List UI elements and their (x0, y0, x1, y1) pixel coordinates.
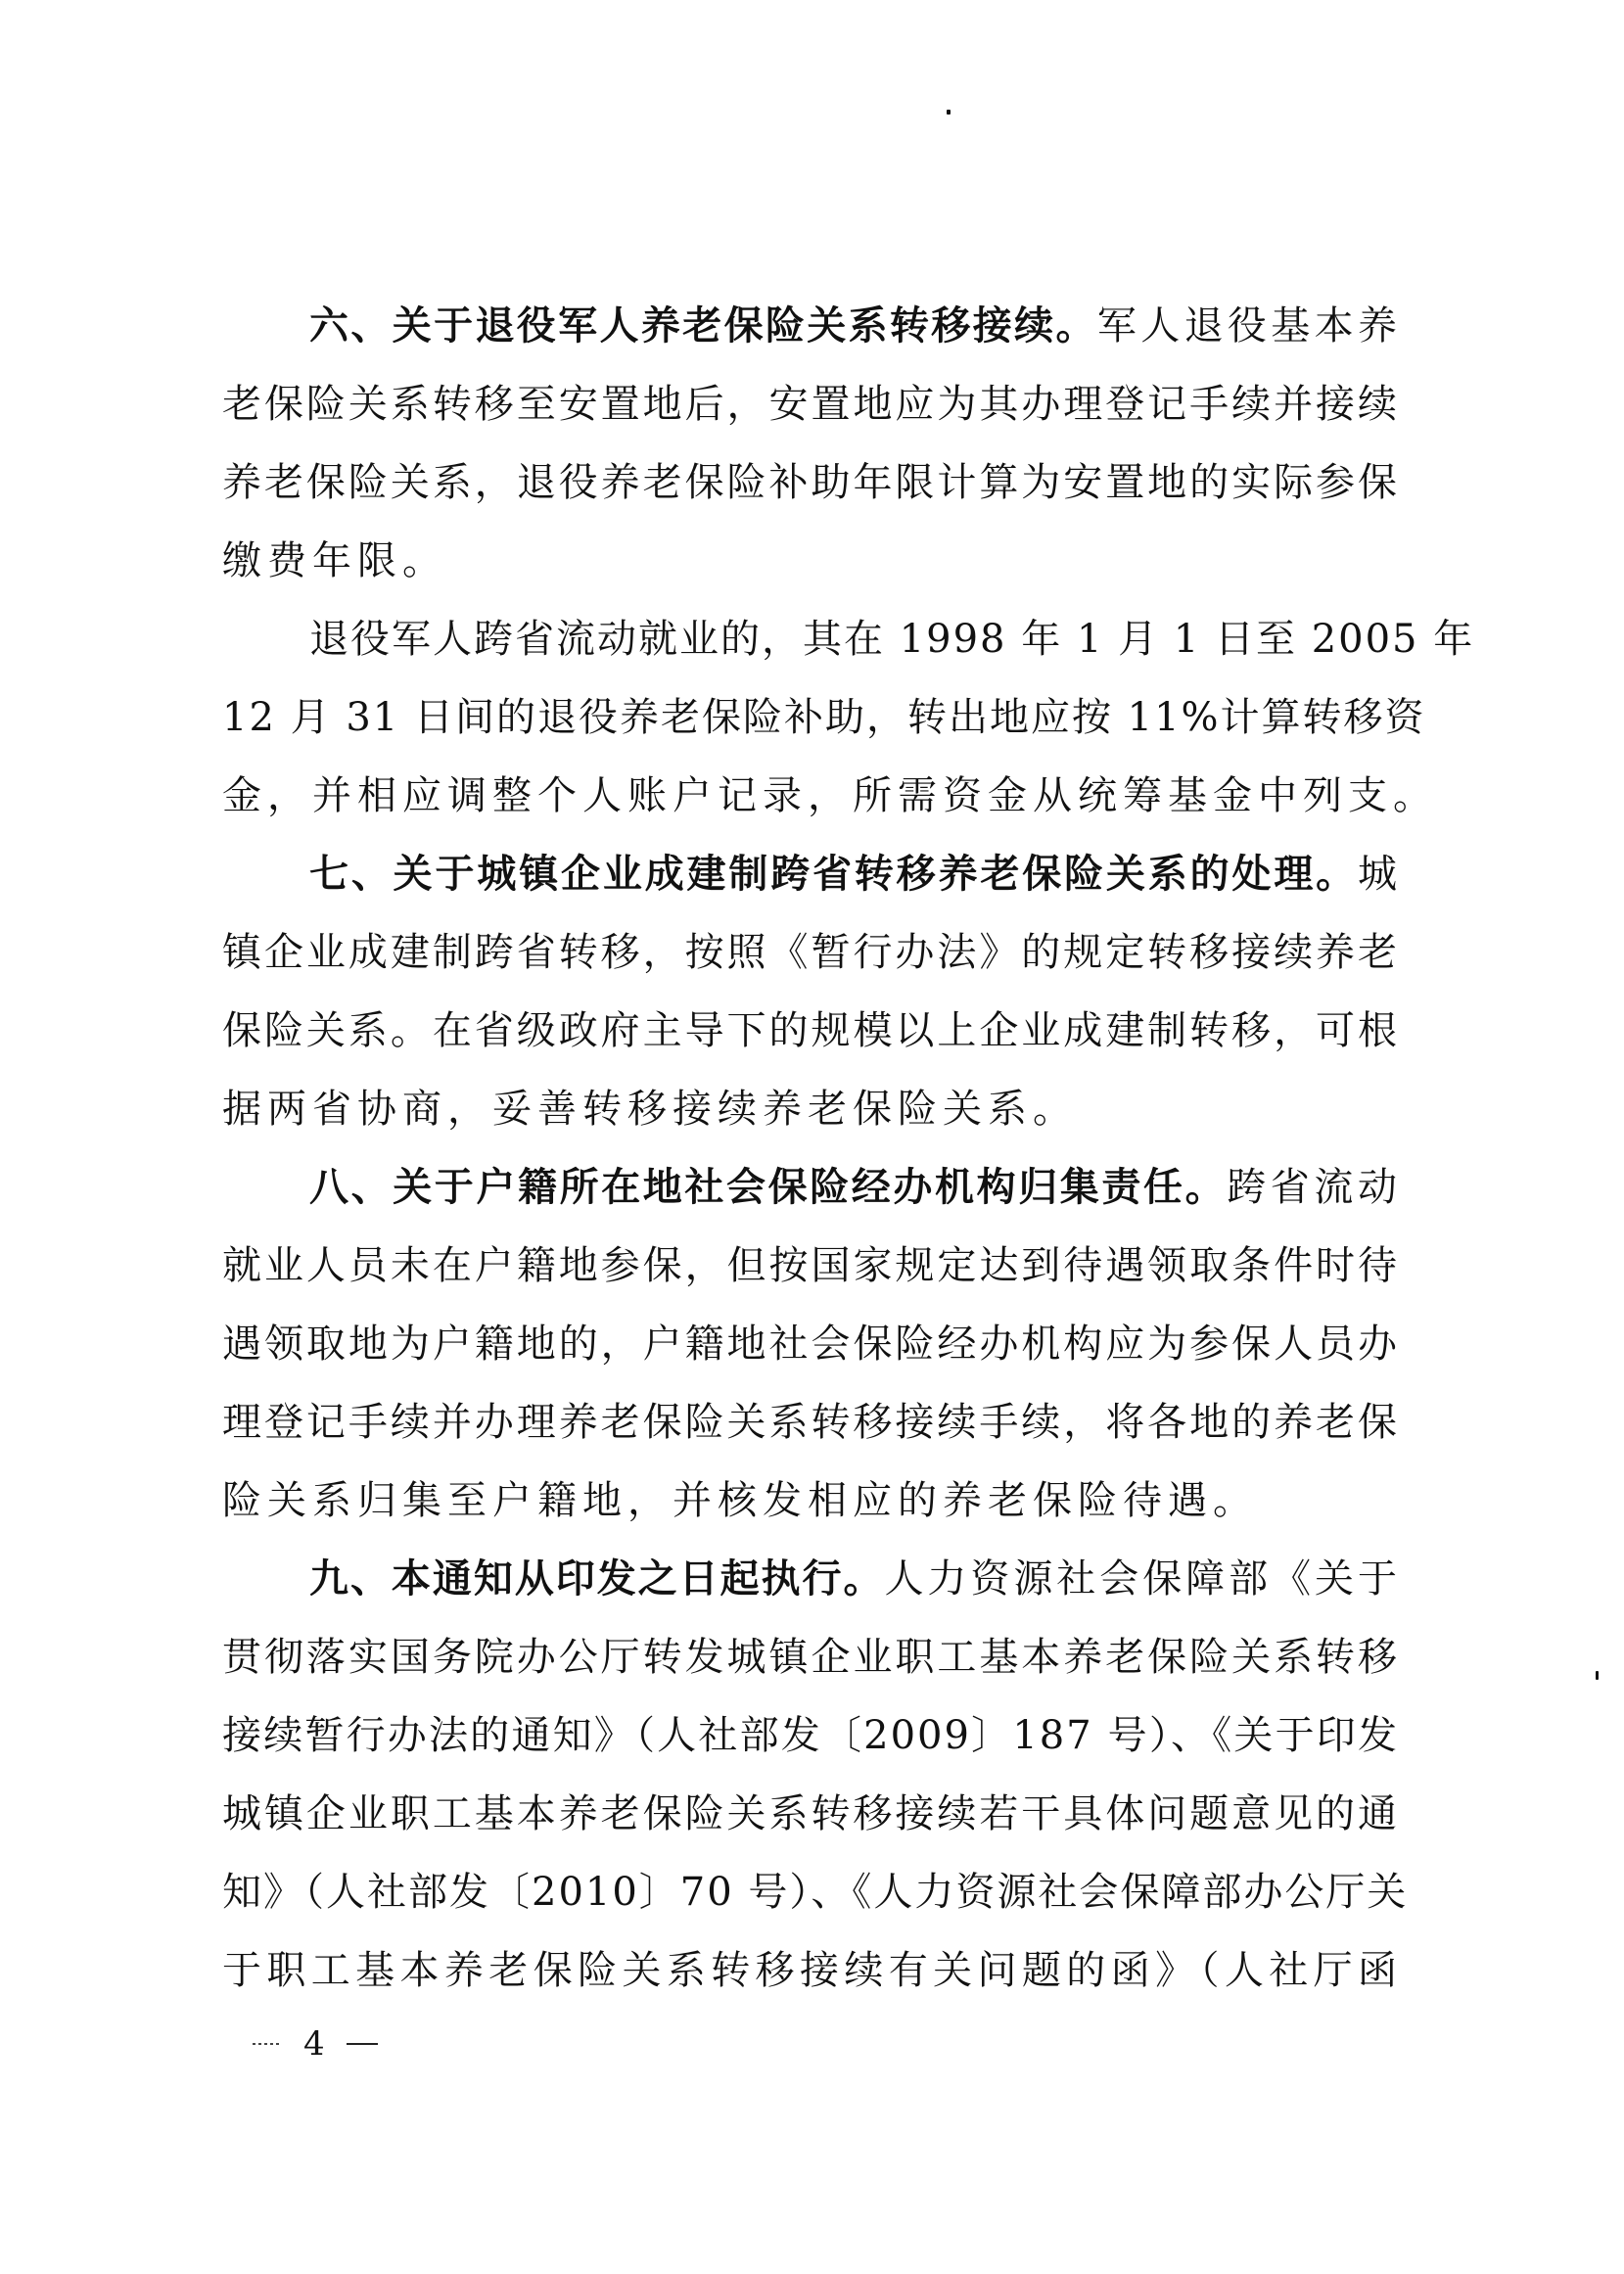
page-number: 4 (303, 2022, 325, 2065)
line-text: 城镇企业职工基本养老保险关系转移接续若干具体问题意见的通 (222, 1791, 1399, 1836)
line-text: 接续暂行办法的通知》（人社部发〔2009〕187 号）、《关于印发 (222, 1713, 1399, 1758)
line-text: 金，并相应调整个人账户记录，所需资金从统筹基金中列支。 (222, 773, 1438, 818)
paragraph-section-6-para-2: 退役军人跨省流动就业的，其在 1998 年 1 月 1 日至 2005 年12 … (222, 600, 1399, 835)
text-line: 金，并相应调整个人账户记录，所需资金从统筹基金中列支。 (222, 757, 1399, 835)
line-text: 贯彻落实国务院办公厅转发城镇企业职工基本养老保险关系转移 (222, 1635, 1399, 1680)
section-heading: 六、关于退役军人养老保险关系转移接续。 (309, 303, 1097, 348)
text-line: 退役军人跨省流动就业的，其在 1998 年 1 月 1 日至 2005 年 (222, 600, 1399, 678)
text-line: 遇领取地为户籍地的，户籍地社会保险经办机构应为参保人员办 (222, 1305, 1399, 1383)
section-heading: 九、本通知从印发之日起执行。 (309, 1556, 884, 1601)
line-text: 跨省流动 (1227, 1165, 1399, 1210)
text-line: 就业人员未在户籍地参保，但按国家规定达到待遇领取条件时待 (222, 1227, 1399, 1305)
line-text: 知》（人社部发〔2010〕70 号）、《人力资源社会保障部办公厅关 (222, 1870, 1408, 1915)
line-text: 军人退役基本养 (1097, 303, 1399, 348)
page-number-dash-right (347, 2043, 378, 2045)
text-line: 保险关系。在省级政府主导下的规模以上企业成建制转移，可根 (222, 992, 1399, 1070)
text-line: 据两省协商，妥善转移接续养老保险关系。 (222, 1070, 1399, 1148)
text-line: 七、关于城镇企业成建制跨省转移养老保险关系的处理。城 (222, 835, 1399, 913)
text-line: 理登记手续并办理养老保险关系转移接续手续，将各地的养老保 (222, 1383, 1399, 1462)
section-heading: 七、关于城镇企业成建制跨省转移养老保险关系的处理。 (309, 852, 1358, 897)
text-line: 缴费年限。 (222, 522, 1399, 600)
document-body: 六、关于退役军人养老保险关系转移接续。军人退役基本养老保险关系转移至安置地后，安… (222, 287, 1399, 2010)
text-line: 养老保险关系，退役养老保险补助年限计算为安置地的实际参保 (222, 443, 1399, 522)
line-text: 养老保险关系，退役养老保险补助年限计算为安置地的实际参保 (222, 460, 1399, 505)
line-text: 缴费年限。 (222, 538, 447, 583)
text-line: 老保险关系转移至安置地后，安置地应为其办理登记手续并接续 (222, 365, 1399, 443)
line-text: 于职工基本养老保险关系转移接续有关问题的函》（人社厅函 (222, 1948, 1399, 1993)
line-text: 人力资源社会保障部《关于 (884, 1556, 1399, 1601)
document-page: 六、关于退役军人养老保险关系转移接续。军人退役基本养老保险关系转移至安置地后，安… (0, 0, 1624, 2274)
page-number-dash-left (253, 2043, 282, 2045)
text-line: 12 月 31 日间的退役养老保险补助，转出地应按 11%计算转移资 (222, 678, 1399, 757)
line-text: 据两省协商，妥善转移接续养老保险关系。 (222, 1087, 1078, 1132)
text-line: 镇企业成建制跨省转移，按照《暂行办法》的规定转移接续养老 (222, 913, 1399, 992)
section-heading: 八、关于户籍所在地社会保险经办机构归集责任。 (309, 1165, 1227, 1210)
text-line: 接续暂行办法的通知》（人社部发〔2009〕187 号）、《关于印发 (222, 1696, 1399, 1775)
line-text: 城 (1358, 852, 1399, 897)
scan-speck (1596, 1671, 1599, 1680)
line-text: 老保险关系转移至安置地后，安置地应为其办理登记手续并接续 (222, 382, 1399, 427)
paragraph-section-8: 八、关于户籍所在地社会保险经办机构归集责任。跨省流动就业人员未在户籍地参保，但按… (222, 1148, 1399, 1540)
line-text: 遇领取地为户籍地的，户籍地社会保险经办机构应为参保人员办 (222, 1322, 1399, 1367)
text-line: 九、本通知从印发之日起执行。人力资源社会保障部《关于 (222, 1540, 1399, 1618)
paragraph-section-6: 六、关于退役军人养老保险关系转移接续。军人退役基本养老保险关系转移至安置地后，安… (222, 287, 1399, 600)
paragraph-section-7: 七、关于城镇企业成建制跨省转移养老保险关系的处理。城镇企业成建制跨省转移，按照《… (222, 835, 1399, 1148)
text-line: 城镇企业职工基本养老保险关系转移接续若干具体问题意见的通 (222, 1775, 1399, 1853)
text-line: 于职工基本养老保险关系转移接续有关问题的函》（人社厅函 (222, 1931, 1399, 2010)
text-line: 知》（人社部发〔2010〕70 号）、《人力资源社会保障部办公厅关 (222, 1853, 1399, 1931)
line-text: 镇企业成建制跨省转移，按照《暂行办法》的规定转移接续养老 (222, 930, 1399, 975)
text-line: 险关系归集至户籍地，并核发相应的养老保险待遇。 (222, 1462, 1399, 1540)
text-line: 贯彻落实国务院办公厅转发城镇企业职工基本养老保险关系转移 (222, 1618, 1399, 1696)
line-text: 理登记手续并办理养老保险关系转移接续手续，将各地的养老保 (222, 1400, 1399, 1445)
page-footer: 4 (253, 2022, 378, 2065)
line-text: 险关系归集至户籍地，并核发相应的养老保险待遇。 (222, 1478, 1258, 1523)
line-text: 退役军人跨省流动就业的，其在 1998 年 1 月 1 日至 2005 年 (309, 617, 1474, 662)
line-text: 就业人员未在户籍地参保，但按国家规定达到待遇领取条件时待 (222, 1243, 1399, 1288)
scan-speck (947, 110, 951, 115)
text-line: 八、关于户籍所在地社会保险经办机构归集责任。跨省流动 (222, 1148, 1399, 1227)
text-line: 六、关于退役军人养老保险关系转移接续。军人退役基本养 (222, 287, 1399, 365)
line-text: 保险关系。在省级政府主导下的规模以上企业成建制转移，可根 (222, 1008, 1399, 1053)
paragraph-section-9: 九、本通知从印发之日起执行。人力资源社会保障部《关于贯彻落实国务院办公厅转发城镇… (222, 1540, 1399, 2010)
line-text: 12 月 31 日间的退役养老保险补助，转出地应按 11%计算转移资 (222, 695, 1426, 740)
